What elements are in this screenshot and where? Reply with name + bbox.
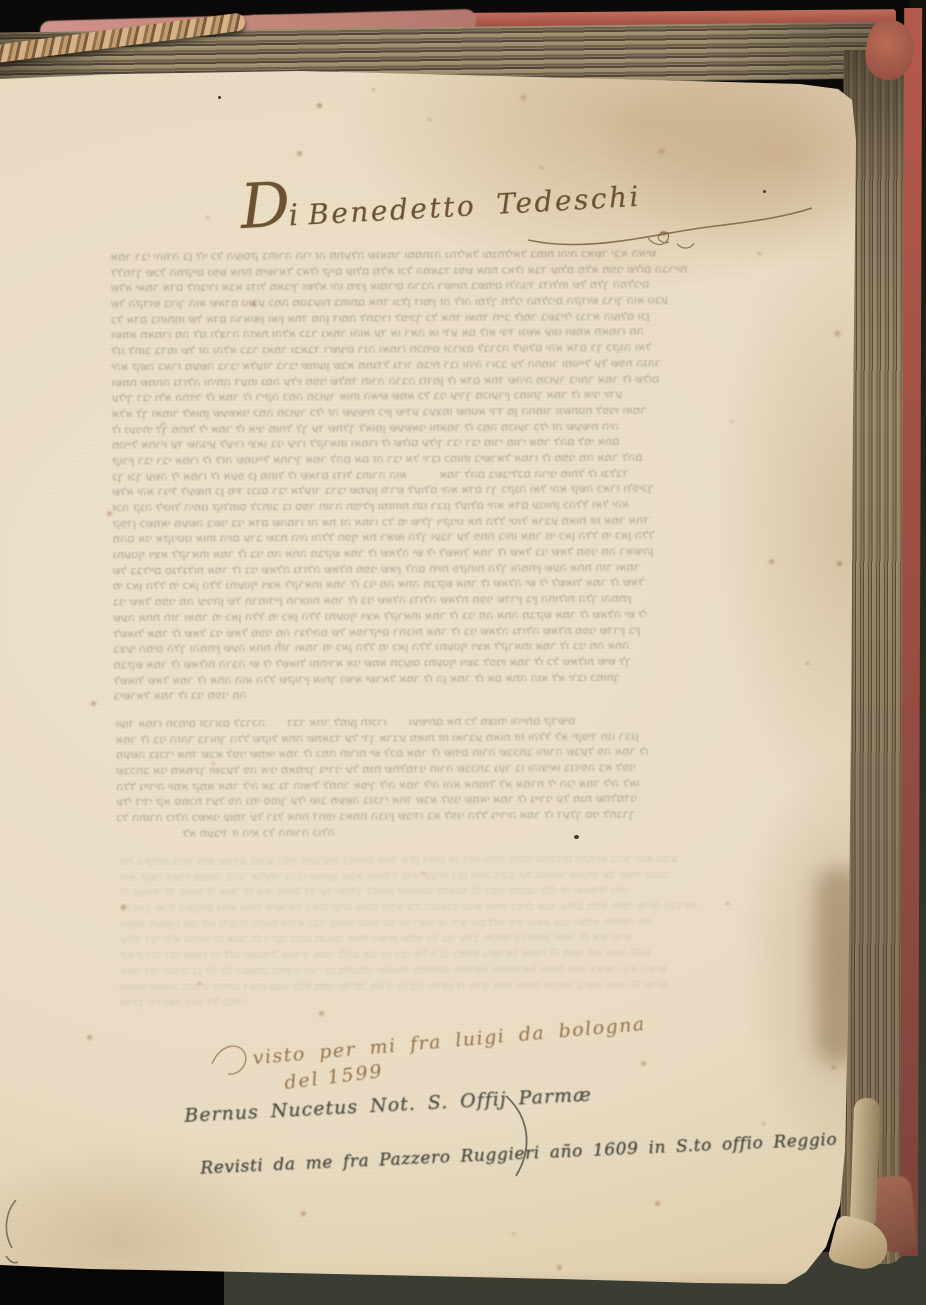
underline-flourish: [520, 206, 820, 262]
curled-leaf-edge: [850, 1098, 881, 1231]
ink-speck: [763, 190, 766, 193]
gutter-ink-mark: [0, 1196, 20, 1268]
book-scan: אמר רבי יהודה בן לוי כל העוסק בתורה הרי …: [0, 0, 926, 1305]
manuscript-page: אמר רבי יהודה בן לוי כל העוסק בתורה הרי …: [0, 0, 926, 1305]
censor-flourish-descender: [492, 1090, 552, 1182]
showthrough-line: ללמדך שכל המקיים נפש אחת מישראל כאלו קיי…: [120, 897, 750, 916]
ownership-initial-i: i: [288, 198, 300, 233]
foxing-spots: [0, 0, 3, 3]
showthrough-text-block-main: אמר רבי יהודה בן לוי כל העוסק בתורה הרי …: [110, 245, 763, 704]
showthrough-line: ואידך פירושה הוא זיל גמור: [120, 992, 750, 1011]
ownership-initial: D: [238, 168, 290, 244]
ink-speck: [218, 96, 221, 99]
showthrough-text-block-second: ועוד אמרו חכמים זכרונם לברכה דבר אחר למע…: [116, 712, 761, 842]
showthrough-text-block-faint: של הקדוש ברוך הוא שאדם טובע כמה מטבעות ב…: [120, 850, 751, 1010]
